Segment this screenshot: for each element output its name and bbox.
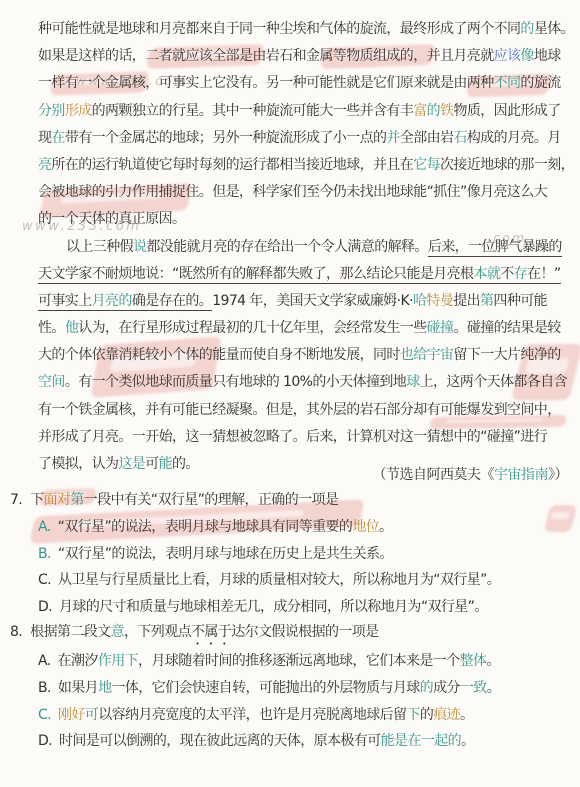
passage: 种可能性就是地球和月亮都来自于同一种尘埃和气体的旋流，最终形成了两个不同的星体。… (38, 16, 569, 478)
passage-line: 种可能性就是地球和月亮都来自于同一种尘埃和气体的旋流，最终形成了两个不同的星体。 (38, 16, 569, 43)
text-segment: 哈 (413, 293, 426, 309)
text-segment: 痕迹 (433, 707, 460, 723)
text-segment: 留下一大片纯净的 (453, 347, 560, 363)
text-segment: 第 (70, 492, 83, 508)
text-segment: 。 (379, 519, 392, 535)
text-segment: 月球的尺寸和质量与地球相差无几，成分相同，所以称地月为“双行星”。 (59, 599, 488, 615)
option-letter: A. (38, 653, 51, 669)
text-segment: 的两颗独立的行星。其中一种旋流可能大一些并含有丰 (92, 103, 414, 119)
question-number: 8. (10, 624, 22, 640)
text-segment: 可事实上 (38, 293, 92, 312)
text-segment: 刚好 (58, 707, 85, 723)
text-segment: 他 (65, 320, 78, 336)
text-segment: 如果月 (58, 680, 98, 696)
text-segment: 》） (548, 467, 568, 483)
text-segment: 分别 (38, 103, 65, 119)
option-a: A.“双行星”的说法，表明月球与地球具有同等重要的地位。 (10, 514, 574, 541)
question-stem: 8.根据第二段文意，下列观点不属于达尔文假说根据的一项是 (10, 619, 574, 648)
text-segment: 能是在一起的 (381, 733, 461, 749)
text-segment: 都没能就月亮的存在给出一个令人满意的解释。 (146, 239, 427, 255)
text-segment: 有一个铁金属核，并有可能已经凝聚。但是，其外层的岩石部分却有可能爆发到空间中， (38, 402, 561, 418)
passage-line: 天文学家不耐烦地说：“既然所有的解释都失败了，那么结论只能是月亮根本就不存在！” (38, 261, 569, 288)
text-segment: 意 (111, 624, 124, 640)
text-segment: 全部由岩 (400, 130, 454, 146)
text-segment: 。 (486, 653, 499, 669)
option-c: C.刚好可以容纳月亮宽度的太平洋，也许是月亮脱离地球后留下的痕迹。 (10, 702, 574, 729)
text-segment: 地位 (352, 519, 379, 535)
passage-line: 分别形成的两颗独立的行星。其中一种旋流可能大一些并含有丰富的铁物质，因此形成了 (38, 98, 569, 125)
text-segment: “双行星”的说法，表明月球与地球在历史上是共生关系。 (58, 546, 393, 562)
text-segment: 本就 (473, 266, 500, 285)
passage-line: 并形成了月亮。一开始，这一猜想被忽略了。后来，计算机对这一猜想中的“碰撞”进行 (38, 424, 569, 451)
text-segment: 种可能性就是地球和月亮都来自于同一种尘埃和气体的旋流，最终形成了两个不同 (38, 21, 520, 37)
text-segment: 从卫星与行星质量比上看，月球的质量相对较大，所以称地月为“双行星”。 (58, 572, 500, 588)
question-8: 8.根据第二段文意，下列观点不属于达尔文假说根据的一项是A.在潮汐作用下，月球随… (10, 619, 574, 755)
passage-line: 可事实上月亮的确是存在的。1974 年，美国天文学家威廉姆·K·哈特曼提出第四种… (38, 288, 569, 315)
text-segment: 一段中有关“双行星”的理解，正确的一项是 (84, 492, 339, 508)
text-segment: 并 (386, 130, 399, 146)
option-letter: D. (38, 599, 52, 615)
text-segment: 。有一个类似地球而质量只有地球的 10%的小天体撞到地 (65, 374, 406, 390)
text-segment: 下 (30, 492, 43, 508)
text-segment: 带有一个金属芯的地球；另外一种旋流形成了小一点的 (65, 130, 387, 146)
text-segment: 根据第二段文 (30, 624, 110, 640)
text-segment: 碰撞 (427, 320, 454, 336)
text-segment: 四种可能 (493, 293, 547, 309)
text-segment: 不属于 (191, 624, 231, 640)
text-segment: 不同 (494, 75, 521, 91)
text-segment: 铁 (440, 103, 453, 119)
text-segment: 第 (480, 293, 493, 309)
text-segment: 会被地球的引力作用捕捉住。但是，科学家们至今仍未找出地球能“抓住”像月亮这么大 (38, 184, 547, 200)
text-segment: 的 (420, 680, 433, 696)
text-segment: 成分 (433, 680, 460, 696)
passage-line: 的一个天体的真正原因。 (38, 206, 569, 233)
option-d: D.月球的尺寸和质量与地球相差无几，成分相同，所以称地月为“双行星”。 (10, 594, 574, 621)
text-segment: 作用下 (98, 653, 138, 669)
passage-line: 现在带有一个金属芯的地球；另外一种旋流形成了小一点的并全部由岩石构成的月亮。月 (38, 125, 569, 152)
text-segment: 地 (98, 680, 111, 696)
text-segment: 的 (427, 103, 440, 119)
passage-line: 如果是这样的话，二者就应该全部是由岩石和金属等物质组成的，并且月亮就应该像地球 (38, 43, 569, 70)
option-letter: B. (38, 546, 51, 562)
text-segment: 以容纳月亮宽度的太平洋，也许是月亮脱离地球后留 (98, 707, 406, 723)
scanned-exam-page: www.233.comwww.233.com.com 种可能性就是地球和月亮都来… (0, 0, 580, 787)
text-segment: 物质，因此形成了 (453, 103, 560, 119)
text-segment: 石 (453, 130, 466, 146)
passage-line: 亮所在的运行轨道使它每时每刻的运行都相当接近地球，并且在它每次接近地球的那一刻， (38, 152, 569, 179)
option-letter: A. (38, 519, 51, 535)
text-segment: 也给宇宙 (400, 347, 454, 363)
passage-line: 空间。有一个类似地球而质量只有地球的 10%的小天体撞到地球上，这两个天体都各自… (38, 369, 569, 396)
text-segment: 星体。 (534, 21, 574, 37)
text-segment: 面对 (44, 492, 71, 508)
passage-line: 有一个铁金属核，并有可能已经凝聚。但是，其外层的岩石部分却有可能爆发到空间中， (38, 397, 569, 424)
text-segment: 的旋流 (520, 75, 560, 91)
text-segment: 的 (520, 21, 533, 37)
text-segment: 上，这两个天体都各自含 (420, 374, 567, 390)
text-segment: 形成 (65, 103, 92, 119)
text-segment: 。碰撞的结果是较 (453, 320, 560, 336)
text-segment: 不 (500, 266, 513, 285)
question-number: 7. (10, 492, 22, 508)
text-segment: 在 (51, 130, 64, 146)
text-segment: ，月球随着时间的推移逐渐远离地球，它们本来是一个 (138, 653, 460, 669)
text-segment: 后来，一位脾气暴躁的 (428, 239, 562, 258)
option-letter: C. (38, 707, 51, 723)
text-segment: 一样有一个金属核，可事实上它没有。另一种可能性就是它们原来就是由两种 (38, 75, 494, 91)
text-segment: “双行星”的说法，表明月球与地球具有同等重要的 (58, 519, 353, 535)
option-c: C.从卫星与行星质量比上看，月球的质量相对较大，所以称地月为“双行星”。 (10, 567, 574, 594)
text-segment: 提出 (453, 293, 480, 309)
text-segment: 1974 年，美国天文学家威廉姆·K· (212, 293, 413, 309)
text-segment: 认为，在行星形成过程最初的几十亿年里，会经常发生一些 (78, 320, 426, 336)
option-letter: C. (38, 572, 51, 588)
text-segment: 如果是这样的话，二者就应该全部是由岩石和金属等物质组成的，并且月亮就 (38, 48, 494, 64)
option-letter: B. (38, 680, 51, 696)
text-segment: （节选自阿西莫夫《 (373, 467, 495, 483)
passage-line: 会被地球的引力作用捕捉住。但是，科学家们至今仍未找出地球能“抓住”像月亮这么大 (38, 179, 569, 206)
text-segment: 在潮汐 (58, 653, 98, 669)
text-segment: 以上三种假 (66, 239, 133, 255)
text-segment: 可 (85, 707, 98, 723)
text-segment: 在！” (527, 266, 560, 285)
source-attribution-line: （节选自阿西莫夫《宇宙指南》） (38, 464, 568, 484)
text-segment: 一致 (460, 680, 487, 696)
text-segment: 性。 (38, 320, 65, 336)
text-segment: 时间是可以倒溯的，现在彼此远离的天体，原本极有可 (59, 733, 381, 749)
text-segment: 它每 (413, 157, 440, 173)
text-segment: 所在的运行轨道使它每时每刻的运行都相当接近地球，并且在 (51, 157, 413, 173)
text-segment: 次接近地球的那一刻， (440, 157, 574, 173)
text-segment: 整体 (460, 653, 487, 669)
text-segment: 特曼 (426, 293, 453, 309)
text-segment: 应该 (494, 48, 521, 64)
text-segment: 像 (520, 48, 533, 64)
text-segment: 现 (38, 130, 51, 146)
text-segment: ，下列观点 (124, 624, 191, 640)
option-b: B.如果月地一体，它们会快速自转，可能抛出的外层物质与月球的成分一致。 (10, 675, 574, 702)
text-segment: 构成的月亮。月 (467, 130, 561, 146)
question-stem: 7.下面对第一段中有关“双行星”的理解，正确的一项是 (10, 487, 574, 514)
text-segment: 下 (406, 707, 419, 723)
question-7: 7.下面对第一段中有关“双行星”的理解，正确的一项是A.“双行星”的说法，表明月… (10, 487, 574, 621)
text-segment: 大的个体依靠消耗较小个体的能量而使自身不断地发展，同时 (38, 347, 400, 363)
passage-line: 以上三种假说都没能就月亮的存在给出一个令人满意的解释。后来，一位脾气暴躁的 (38, 234, 569, 261)
text-segment: 说 (133, 239, 146, 255)
text-segment: 天文学家不耐烦地说：“既然所有的解释都失败了，那么结论只能是月亮根 (38, 266, 473, 285)
option-b: B.“双行星”的说法，表明月球与地球在历史上是共生关系。 (10, 541, 574, 568)
text-segment: 达尔文假说根据的一项是 (231, 624, 378, 640)
text-segment: 并形成了月亮。一开始，这一猜想被忽略了。后来，计算机对这一猜想中的“碰撞”进行 (38, 429, 547, 445)
text-segment: 确是存在的。 (132, 293, 212, 312)
text-segment: 存 (514, 266, 527, 285)
text-segment: 的一个天体的真正原因。 (38, 211, 185, 227)
text-segment: 。 (460, 707, 473, 723)
text-segment: 亮 (38, 157, 51, 173)
option-d: D.时间是可以倒溯的，现在彼此远离的天体，原本极有可能是在一起的。 (10, 728, 574, 755)
text-segment: 。 (461, 733, 474, 749)
text-segment: 宇宙指南 (494, 467, 548, 483)
text-segment: 地球 (534, 48, 561, 64)
text-segment: 空间 (38, 374, 65, 390)
text-segment: 。 (487, 680, 500, 696)
text-segment: 月亮的 (92, 293, 132, 312)
text-segment: 富 (413, 103, 426, 119)
text-segment: 球 (406, 374, 419, 390)
option-letter: D. (38, 733, 52, 749)
passage-line: 一样有一个金属核，可事实上它没有。另一种可能性就是它们原来就是由两种不同的旋流 (38, 70, 569, 97)
text-segment: 一体，它们会快速自转，可能抛出的外层物质与月球 (111, 680, 419, 696)
option-a: A.在潮汐作用下，月球随着时间的推移逐渐远离地球，它们本来是一个整体。 (10, 648, 574, 675)
passage-line: 性。他认为，在行星形成过程最初的几十亿年里，会经常发生一些碰撞。碰撞的结果是较 (38, 315, 569, 342)
passage-line: 大的个体依靠消耗较小个体的能量而使自身不断地发展，同时也给宇宙留下一大片纯净的 (38, 342, 569, 369)
text-segment: 的 (420, 707, 433, 723)
